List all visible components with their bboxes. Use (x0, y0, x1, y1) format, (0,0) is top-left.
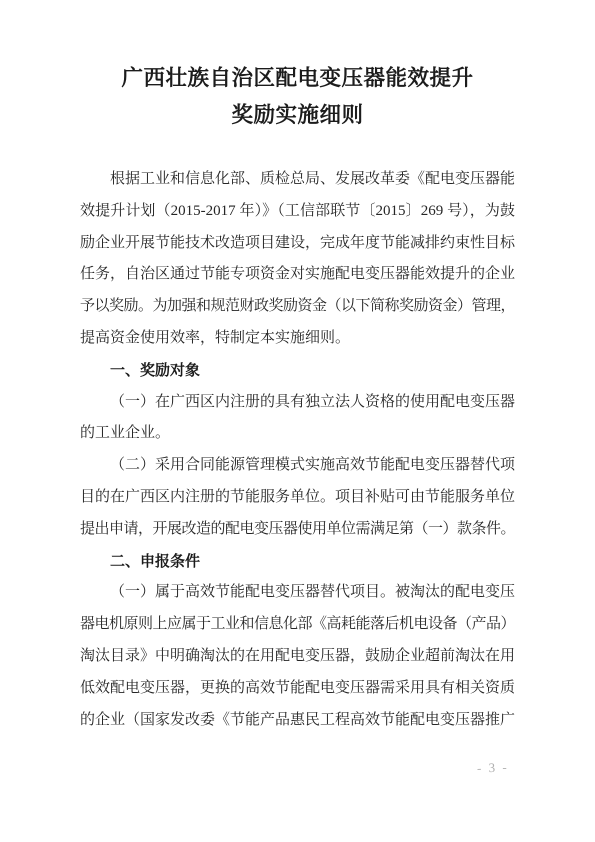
body-line: 的企业（国家发改委《节能产品惠民工程高效节能配电变压器推广 (80, 705, 515, 737)
body-line: （二）采用合同能源管理模式实施高效节能配电变压器替代项 (80, 450, 515, 482)
page-number: - 3 - (477, 759, 509, 776)
body-line: （一）属于高效节能配电变压器替代项目。被淘汰的配电变压 (80, 577, 515, 609)
body-line: 任务，自治区通过节能专项资金对实施配电变压器能效提升的企业 (80, 259, 515, 291)
body-line: 提高资金使用效率，特制定本实施细则。 (80, 323, 515, 355)
body-line: 予以奖励。为加强和规范财政奖励资金（以下简称奖励资金）管理， (80, 291, 515, 323)
body-line: 提出申请，开展改造的配电变压器使用单位需满足第（一）款条件。 (80, 514, 515, 546)
document-page: 广西壮族自治区配电变压器能效提升 奖励实施细则 根据工业和信息化部、质检总局、发… (0, 0, 595, 842)
body-line: 励企业开展节能技术改造项目建设，完成年度节能减排约束性目标 (80, 228, 515, 260)
document-title-line2: 奖励实施细则 (0, 97, 595, 134)
section-heading-application-conditions: 二、申报条件 (80, 546, 515, 578)
body-line: 效提升计划（2015-2017 年）》（工信部联节〔2015〕269 号），为鼓 (80, 196, 515, 228)
section-heading-reward-target: 一、奖励对象 (80, 355, 515, 387)
document-body: 根据工业和信息化部、质检总局、发展改革委《配电变压器能 效提升计划（2015-2… (80, 164, 515, 736)
body-line: 根据工业和信息化部、质检总局、发展改革委《配电变压器能 (80, 164, 515, 196)
body-line: 目的在广西区内注册的节能服务单位。项目补贴可由节能服务单位 (80, 482, 515, 514)
body-line: 的工业企业。 (80, 418, 515, 450)
body-line: 淘汰目录》中明确淘汰的在用配电变压器，鼓励企业超前淘汰在用 (80, 641, 515, 673)
document-title-line1: 广西壮族自治区配电变压器能效提升 (0, 60, 595, 97)
body-line: 器电机原则上应属于工业和信息化部《高耗能落后机电设备（产品） (80, 609, 515, 641)
document-title: 广西壮族自治区配电变压器能效提升 奖励实施细则 (0, 60, 595, 134)
body-line: 低效配电变压器，更换的高效节能配电变压器需采用具有相关资质 (80, 673, 515, 705)
body-line: （一）在广西区内注册的具有独立法人资格的使用配电变压器 (80, 387, 515, 419)
